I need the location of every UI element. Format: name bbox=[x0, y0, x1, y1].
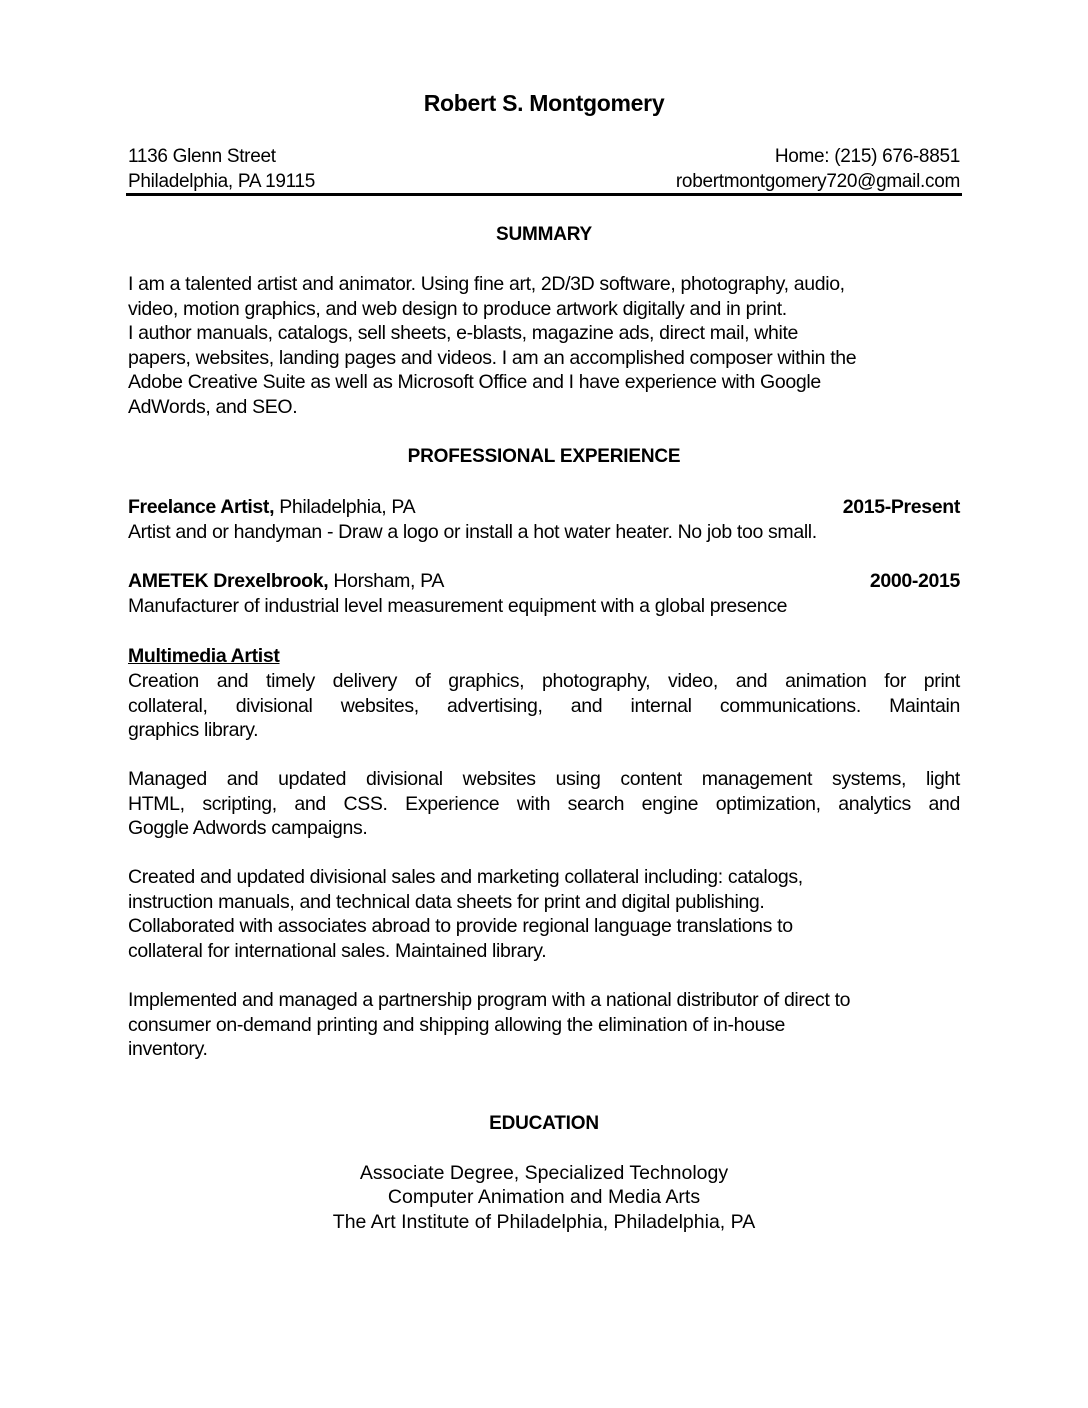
email[interactable]: robertmontgomery720@gmail.com bbox=[676, 169, 960, 194]
header-divider bbox=[126, 193, 962, 196]
para-line: Managed and updated divisional websites … bbox=[128, 768, 960, 790]
degree: Associate Degree, Specialized Technology bbox=[128, 1161, 960, 1185]
applicant-name: Robert S. Montgomery bbox=[128, 90, 960, 117]
job-employer: AMETEK Drexelbrook, bbox=[128, 570, 328, 592]
summary-line: papers, websites, landing pages and vide… bbox=[128, 346, 960, 371]
job-entry-freelance: Freelance Artist, Philadelphia, PA 2015-… bbox=[128, 495, 960, 544]
address-city: Philadelphia, PA 19115 bbox=[128, 169, 315, 194]
job-description: Artist and or handyman - Draw a logo or … bbox=[128, 520, 960, 545]
para-line: consumer on-demand printing and shipping… bbox=[128, 1013, 960, 1038]
institution: The Art Institute of Philadelphia, Phila… bbox=[128, 1210, 960, 1234]
para-line: instruction manuals, and technical data … bbox=[128, 890, 960, 915]
summary-text: I am a talented artist and animator. Usi… bbox=[128, 272, 960, 420]
para-line: Creation and timely delivery of graphics… bbox=[128, 670, 960, 692]
experience-heading: PROFESSIONAL EXPERIENCE bbox=[128, 446, 960, 468]
role-paragraph: Creation and timely delivery of graphics… bbox=[128, 669, 960, 743]
address-street: 1136 Glenn Street bbox=[128, 144, 315, 169]
summary-line: video, motion graphics, and web design t… bbox=[128, 297, 960, 322]
job-description: Manufacturer of industrial level measure… bbox=[128, 594, 960, 619]
summary-line: Adobe Creative Suite as well as Microsof… bbox=[128, 370, 960, 395]
justified-line: collateral, divisional websites, adverti… bbox=[128, 694, 960, 719]
para-line: Implemented and managed a partnership pr… bbox=[128, 988, 960, 1013]
para-line: inventory. bbox=[128, 1037, 960, 1062]
justified-line: HTML, scripting, and CSS. Experience wit… bbox=[128, 792, 960, 817]
last-line: Goggle Adwords campaigns. bbox=[128, 816, 960, 841]
para-line: collateral for international sales. Main… bbox=[128, 939, 960, 964]
job-employer: Freelance Artist, bbox=[128, 496, 274, 518]
job-location: Horsham, PA bbox=[328, 570, 444, 592]
para-line: graphics library. bbox=[128, 719, 258, 741]
job-dates: 2015-Present bbox=[843, 495, 960, 520]
education-heading: EDUCATION bbox=[128, 1113, 960, 1135]
role-title: Multimedia Artist bbox=[128, 645, 280, 668]
role-paragraph: Managed and updated divisional websites … bbox=[128, 767, 960, 841]
summary-line: AdWords, and SEO. bbox=[128, 395, 960, 420]
role-paragraph: Created and updated divisional sales and… bbox=[128, 865, 960, 963]
justified-line: Managed and updated divisional websites … bbox=[128, 767, 960, 792]
para-line: collateral, divisional websites, adverti… bbox=[128, 695, 960, 717]
job-location: Philadelphia, PA bbox=[274, 496, 415, 518]
para-line: Collaborated with associates abroad to p… bbox=[128, 914, 960, 939]
summary-line: I am a talented artist and animator. Usi… bbox=[128, 272, 960, 297]
education-details: Associate Degree, Specialized Technology… bbox=[128, 1161, 960, 1234]
summary-heading: SUMMARY bbox=[128, 224, 960, 246]
para-line: HTML, scripting, and CSS. Experience wit… bbox=[128, 793, 960, 815]
phone: Home: (215) 676-8851 bbox=[676, 144, 960, 169]
address: 1136 Glenn Street Philadelphia, PA 19115 bbox=[128, 144, 315, 194]
program: Computer Animation and Media Arts bbox=[128, 1185, 960, 1209]
last-line: graphics library. bbox=[128, 718, 960, 743]
role-paragraph: Implemented and managed a partnership pr… bbox=[128, 988, 960, 1062]
justified-line: Creation and timely delivery of graphics… bbox=[128, 669, 960, 694]
summary-line: I author manuals, catalogs, sell sheets,… bbox=[128, 321, 960, 346]
job-entry-ametek: AMETEK Drexelbrook, Horsham, PA 2000-201… bbox=[128, 569, 960, 618]
para-line: Created and updated divisional sales and… bbox=[128, 865, 960, 890]
contact-info: Home: (215) 676-8851 robertmontgomery720… bbox=[676, 144, 960, 194]
para-line: Goggle Adwords campaigns. bbox=[128, 817, 367, 839]
job-dates: 2000-2015 bbox=[870, 569, 960, 594]
